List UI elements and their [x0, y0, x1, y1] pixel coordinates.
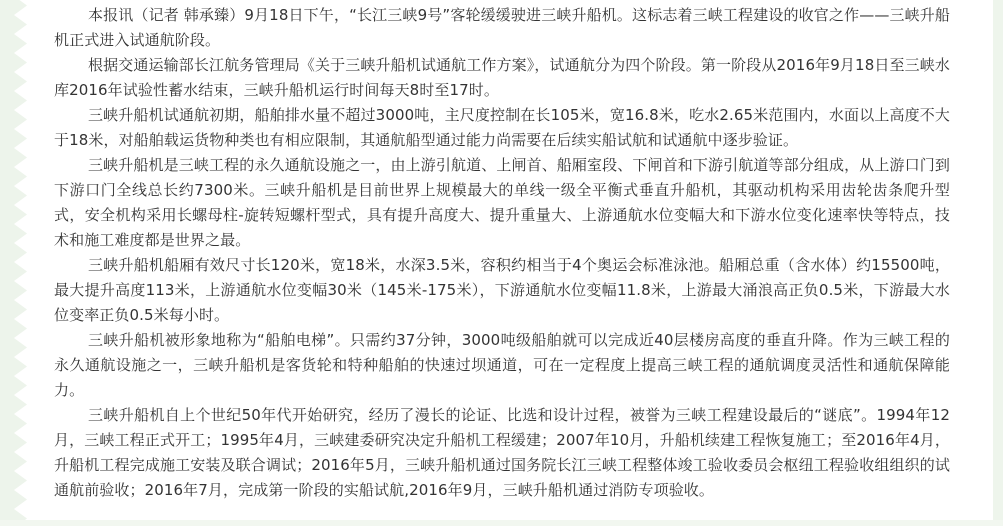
right-border-strip	[993, 0, 1003, 526]
news-article: 本报讯（记者 韩承臻）9月18日下午，“长江三峡9号”客轮缓缓驶进三峡升船机。这…	[54, 3, 950, 503]
paragraph-trial-stages: 根据交通运输部长江航务管理局《关于三峡升船机试通航工作方案》，试通航分为四个阶段…	[54, 53, 950, 103]
zigzag-border-decoration	[0, 0, 30, 526]
paragraph-ship-elevator: 三峡升船机被形象地称为“船舶电梯”。只需约37分钟，3000吨级船舶就可以完成近…	[54, 328, 950, 403]
bottom-border-strip	[0, 520, 1003, 526]
paragraph-structure: 三峡升船机是三峡工程的永久通航设施之一，由上游引航道、上闸首、船厢室段、下闸首和…	[54, 153, 950, 253]
paragraph-vessel-limits: 三峡升船机试通航初期，船舶排水量不超过3000吨，主尺度控制在长105米，宽16…	[54, 103, 950, 153]
paragraph-chamber-specs: 三峡升船机船厢有效尺寸长120米，宽18米，水深3.5米，容积约相当于4个奥运会…	[54, 253, 950, 328]
paragraph-history: 三峡升船机自上个世纪50年代开始研究，经历了漫长的论证、比选和设计过程，被誉为三…	[54, 403, 950, 503]
paragraph-intro: 本报讯（记者 韩承臻）9月18日下午，“长江三峡9号”客轮缓缓驶进三峡升船机。这…	[54, 3, 950, 53]
